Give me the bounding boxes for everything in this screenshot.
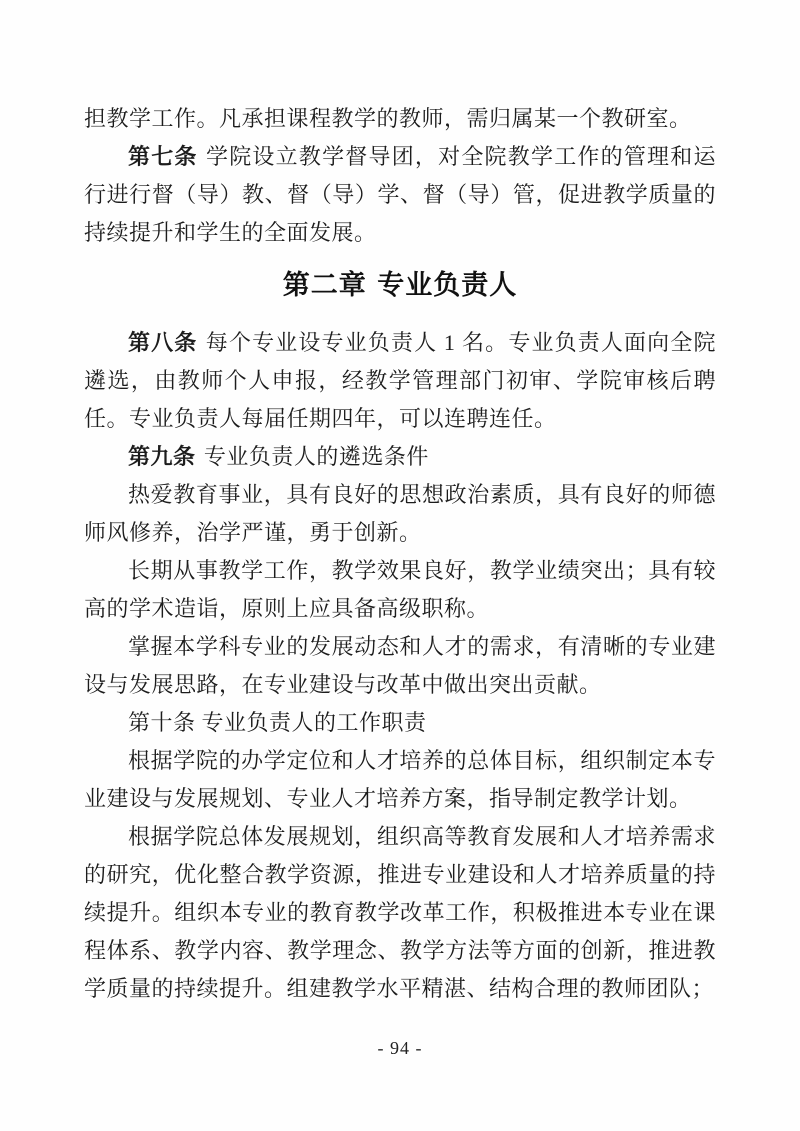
article-9-label: 第九条	[128, 444, 196, 469]
paragraph-duty-2: 根据学院总体发展规划，组织高等教育发展和人才培养需求的研究，优化整合教学资源，推…	[84, 818, 716, 1008]
paragraph-continuation: 担教学工作。凡承担课程教学的教师，需归属某一个教研室。	[84, 100, 716, 138]
paragraph-text: 根据学院的办学定位和人才培养的总体目标，组织制定本专业建设与发展规划、专业人才培…	[84, 748, 716, 811]
paragraph-article-9: 第九条专业负责人的遴选条件	[84, 438, 716, 476]
paragraph-text: 专业负责人的遴选条件	[204, 444, 429, 469]
paragraph-condition-3: 掌握本学科专业的发展动态和人才的需求，有清晰的专业建设与发展思路，在专业建设与改…	[84, 628, 716, 704]
paragraph-text: 第十条 专业负责人的工作职责	[128, 710, 427, 735]
paragraph-duty-1: 根据学院的办学定位和人才培养的总体目标，组织制定本专业建设与发展规划、专业人才培…	[84, 742, 716, 818]
document-content: 担教学工作。凡承担课程教学的教师，需归属某一个教研室。 第七条学院设立教学督导团…	[84, 100, 716, 1008]
paragraph-article-7: 第七条学院设立教学督导团，对全院教学工作的管理和运行进行督（导）教、督（导）学、…	[84, 138, 716, 252]
chapter-2-heading: 第二章 专业负责人	[84, 266, 716, 306]
paragraph-condition-2: 长期从事教学工作，教学效果良好，教学业绩突出；具有较高的学术造诣，原则上应具备高…	[84, 552, 716, 628]
paragraph-text: 长期从事教学工作，教学效果良好，教学业绩突出；具有较高的学术造诣，原则上应具备高…	[84, 558, 716, 621]
paragraph-text: 根据学院总体发展规划，组织高等教育发展和人才培养需求的研究，优化整合教学资源，推…	[84, 824, 716, 1001]
page-number: - 94 -	[0, 1036, 800, 1060]
paragraph-text: 热爱教育事业，具有良好的思想政治素质，具有良好的师德师风修养，治学严谨，勇于创新…	[84, 482, 716, 545]
article-8-label: 第八条	[128, 330, 197, 355]
document-page: 担教学工作。凡承担课程教学的教师，需归属某一个教研室。 第七条学院设立教学督导团…	[0, 0, 800, 1131]
paragraph-text: 掌握本学科专业的发展动态和人才的需求，有清晰的专业建设与发展思路，在专业建设与改…	[84, 634, 716, 697]
paragraph-text: 担教学工作。凡承担课程教学的教师，需归属某一个教研室。	[84, 106, 692, 131]
article-7-label: 第七条	[128, 144, 198, 169]
paragraph-article-8: 第八条每个专业设专业负责人 1 名。专业负责人面向全院遴选，由教师个人申报，经教…	[84, 324, 716, 438]
paragraph-article-10: 第十条 专业负责人的工作职责	[84, 704, 716, 742]
paragraph-condition-1: 热爱教育事业，具有良好的思想政治素质，具有良好的师德师风修养，治学严谨，勇于创新…	[84, 476, 716, 552]
